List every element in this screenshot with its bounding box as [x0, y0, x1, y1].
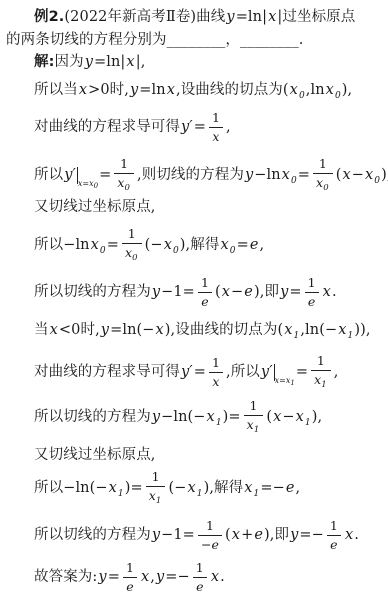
- math-variable: x: [164, 237, 172, 253]
- text-run: =: [237, 237, 249, 253]
- math-variable: x: [282, 167, 290, 183]
- math-variable: x: [342, 167, 350, 183]
- text-run: 又切线过坐标原点,: [34, 199, 156, 215]
- text-run: ),设曲线的切点为(: [165, 322, 283, 338]
- math-variable: y: [226, 9, 234, 25]
- text-run: ,: [226, 119, 231, 135]
- math-variable: 1: [118, 489, 124, 499]
- text-run: 所以切线的方程为: [34, 527, 151, 543]
- text-run: ),解得: [180, 237, 220, 253]
- text-run: =: [108, 569, 120, 585]
- fraction: 1e: [305, 275, 319, 309]
- math-variable: 1: [294, 331, 300, 341]
- math-variable: y: [280, 284, 288, 300]
- math-variable: y′: [261, 364, 273, 380]
- math-variable: 0: [230, 246, 236, 256]
- text-run: =ln(−: [110, 322, 154, 338]
- solution-line: 所以切线的方程为y−1=1−e(x+e),即y=−1ex.: [34, 512, 386, 558]
- solution-line: 所以当x>0时,y=lnx,设曲线的切点为(x0,lnx0),: [34, 78, 386, 102]
- solution-line: 所以切线的方程为y−1=1e(x−e),即y=1ex.: [34, 269, 386, 315]
- text-run: 的两条切线的方程分别为________，________.: [6, 32, 304, 48]
- text-run: |过坐标原点: [277, 9, 355, 25]
- problem-statement-line-1: 例2.(2022年新高考Ⅱ卷)曲线y=ln|x|过坐标原点: [34, 5, 386, 29]
- text-run: ),: [312, 409, 322, 425]
- text-run: ,则切线的方程为: [137, 167, 244, 183]
- math-variable: y: [152, 527, 160, 543]
- math-variable: e: [244, 284, 253, 300]
- math-solution-document: 例2.(2022年新高考Ⅱ卷)曲线y=ln|x|过坐标原点 的两条切线的方程分别…: [0, 0, 388, 600]
- math-variable: x: [167, 82, 175, 98]
- text-run: =: [194, 364, 206, 380]
- math-variable: x: [109, 480, 117, 496]
- text-run: ,: [260, 237, 265, 253]
- text-run: ,: [334, 364, 339, 380]
- text-run: =ln|: [236, 9, 267, 25]
- fraction: 1x0: [122, 226, 142, 263]
- text-run: 又切线过坐标原点,: [34, 447, 156, 463]
- fraction: 1x0: [114, 156, 134, 193]
- text-run: )=: [223, 409, 241, 425]
- fraction: 1x1: [244, 398, 264, 435]
- math-variable: x: [91, 237, 99, 253]
- text-run: ),: [342, 82, 352, 98]
- text-run: )),: [354, 322, 370, 338]
- text-run: 所以: [34, 167, 63, 183]
- text-run: (: [225, 527, 231, 543]
- math-variable: 0: [100, 246, 106, 256]
- solution-line: 对曲线的方程求导可得y′=1x,: [34, 104, 386, 150]
- text-run: =−: [260, 480, 285, 496]
- math-variable: y: [290, 527, 298, 543]
- text-run: ,: [296, 480, 301, 496]
- math-variable: 0: [299, 91, 305, 101]
- math-variable: y: [152, 409, 160, 425]
- math-variable: 0: [374, 176, 380, 186]
- math-variable: 1: [216, 418, 222, 428]
- text-run: =ln|: [94, 54, 125, 70]
- solution-line: 所以−ln(−x1)=1x1(−x1),解得x1=−e,: [34, 465, 386, 511]
- math-variable: e: [254, 527, 263, 543]
- text-run: ,所以: [226, 364, 260, 380]
- solution-line: 对曲线的方程求导可得y′=1x,所以y′x=x1=1x1,: [34, 349, 386, 395]
- text-run: 当: [34, 322, 49, 338]
- text-run: (−: [145, 237, 163, 253]
- fraction: 1x: [209, 110, 223, 144]
- text-run: (2022年新高考Ⅱ卷)曲线: [64, 9, 225, 25]
- text-run: −1=: [161, 284, 195, 300]
- solution-line: 所以−lnx0=1x0(−x0),解得x0=e,: [34, 222, 386, 268]
- text-run: <0时,: [59, 322, 100, 338]
- text-run: 所以当: [34, 82, 78, 98]
- text-run: =: [296, 364, 308, 380]
- text-run: 因为: [55, 54, 84, 70]
- math-variable: y′: [181, 364, 193, 380]
- math-variable: x: [290, 82, 298, 98]
- math-variable: 1: [254, 489, 260, 499]
- text-run: (: [266, 409, 272, 425]
- text-run: .: [332, 284, 337, 300]
- fraction: 1−e: [198, 518, 222, 552]
- math-variable: 1: [197, 489, 203, 499]
- math-variable: x: [273, 409, 281, 425]
- math-variable: x: [156, 322, 164, 338]
- math-variable: 0: [173, 246, 179, 256]
- solution-line: 所以y′x=x0=1x0,则切线的方程为y−lnx0=1x0(x−x0),: [34, 152, 386, 198]
- text-run: (: [336, 167, 342, 183]
- math-variable: x: [79, 82, 87, 98]
- text-run: 所以切线的方程为: [34, 284, 151, 300]
- text-run: −: [282, 409, 294, 425]
- math-variable: y: [101, 322, 109, 338]
- fraction: 1x: [209, 355, 223, 389]
- text-run: +: [241, 527, 253, 543]
- math-variable: 1: [305, 418, 311, 428]
- text-run: ),即: [254, 284, 279, 300]
- text-run: 所以切线的方程为: [34, 409, 151, 425]
- text-run: 对曲线的方程求导可得: [34, 364, 180, 380]
- text-run: =: [107, 237, 119, 253]
- math-variable: y: [156, 569, 164, 585]
- math-variable: x: [284, 322, 292, 338]
- problem-statement-line-2: 的两条切线的方程分别为________，________.: [6, 28, 386, 52]
- text-run: 例2.: [34, 9, 64, 25]
- math-variable: x: [50, 322, 58, 338]
- math-variable: y: [130, 82, 138, 98]
- math-variable: x: [141, 569, 149, 585]
- math-variable: x: [232, 527, 240, 543]
- math-variable: x: [222, 284, 230, 300]
- math-variable: x: [296, 409, 304, 425]
- math-variable: x: [244, 480, 252, 496]
- math-variable: 1: [348, 331, 354, 341]
- text-run: −: [352, 167, 364, 183]
- text-run: −: [231, 284, 243, 300]
- fraction: 1x1: [146, 469, 166, 506]
- solution-line: 又切线过坐标原点,: [34, 443, 386, 467]
- text-run: ,ln(−: [300, 322, 337, 338]
- fraction: 1e: [123, 560, 137, 594]
- math-variable: x: [126, 54, 134, 70]
- final-answer-line: 故答案为:y=1ex,y=−1ex.: [34, 554, 386, 600]
- text-run: ,: [150, 569, 155, 585]
- solution-line: 又切线过坐标原点,: [34, 195, 386, 219]
- text-run: −ln: [254, 167, 280, 183]
- math-variable: x: [187, 480, 195, 496]
- math-variable: e: [286, 480, 295, 496]
- text-run: ,设曲线的切点为(: [176, 82, 289, 98]
- text-run: ,ln: [306, 82, 325, 98]
- text-run: =: [99, 167, 111, 183]
- text-run: (: [215, 284, 221, 300]
- math-variable: y′: [64, 167, 76, 183]
- text-run: |,: [136, 54, 146, 70]
- math-variable: 0: [291, 176, 297, 186]
- text-run: .: [220, 569, 225, 585]
- fraction: 1x1: [311, 353, 331, 390]
- text-run: >0时,: [88, 82, 129, 98]
- math-variable: y: [98, 569, 106, 585]
- text-run: )=: [125, 480, 143, 496]
- text-run: =−: [165, 569, 190, 585]
- math-variable: y: [245, 167, 253, 183]
- math-variable: y′: [181, 119, 193, 135]
- math-variable: x: [268, 9, 276, 25]
- math-variable: x: [211, 569, 219, 585]
- text-run: .: [354, 527, 359, 543]
- text-run: −ln(−: [161, 409, 205, 425]
- text-run: 对曲线的方程求导可得: [34, 119, 180, 135]
- text-run: 故答案为:: [34, 569, 97, 585]
- math-variable: x: [326, 82, 334, 98]
- math-variable: x: [365, 167, 373, 183]
- solution-line: 当x<0时,y=ln(−x),设曲线的切点为(x1,ln(−x1)),: [34, 318, 386, 342]
- text-run: ),解得: [204, 480, 244, 496]
- fraction: 1e: [327, 518, 341, 552]
- math-variable: x: [345, 527, 353, 543]
- text-run: =: [298, 167, 310, 183]
- math-variable: y: [152, 284, 160, 300]
- text-run: =: [194, 119, 206, 135]
- math-variable: x: [220, 237, 228, 253]
- solution-line: 所以切线的方程为y−ln(−x1)=1x1(x−x1),: [34, 394, 386, 440]
- solution-line: 解:因为y=ln|x|,: [34, 50, 386, 74]
- fraction: 1e: [198, 275, 212, 309]
- math-variable: 0: [335, 91, 341, 101]
- fraction: 1x0: [313, 156, 333, 193]
- text-run: 所以−ln(−: [34, 480, 108, 496]
- math-variable: x: [323, 284, 331, 300]
- text-run: 所以−ln: [34, 237, 90, 253]
- text-run: =: [289, 284, 301, 300]
- math-variable: x: [338, 322, 346, 338]
- text-run: (−: [168, 480, 186, 496]
- fraction: 1e: [193, 560, 207, 594]
- math-variable: e: [250, 237, 259, 253]
- math-variable: x: [207, 409, 215, 425]
- text-run: =−: [299, 527, 324, 543]
- text-run: =ln: [139, 82, 165, 98]
- math-variable: y: [85, 54, 93, 70]
- text-run: ),: [381, 167, 388, 183]
- text-run: ),即: [264, 527, 289, 543]
- text-run: −1=: [161, 527, 195, 543]
- text-run: 解:: [34, 54, 55, 70]
